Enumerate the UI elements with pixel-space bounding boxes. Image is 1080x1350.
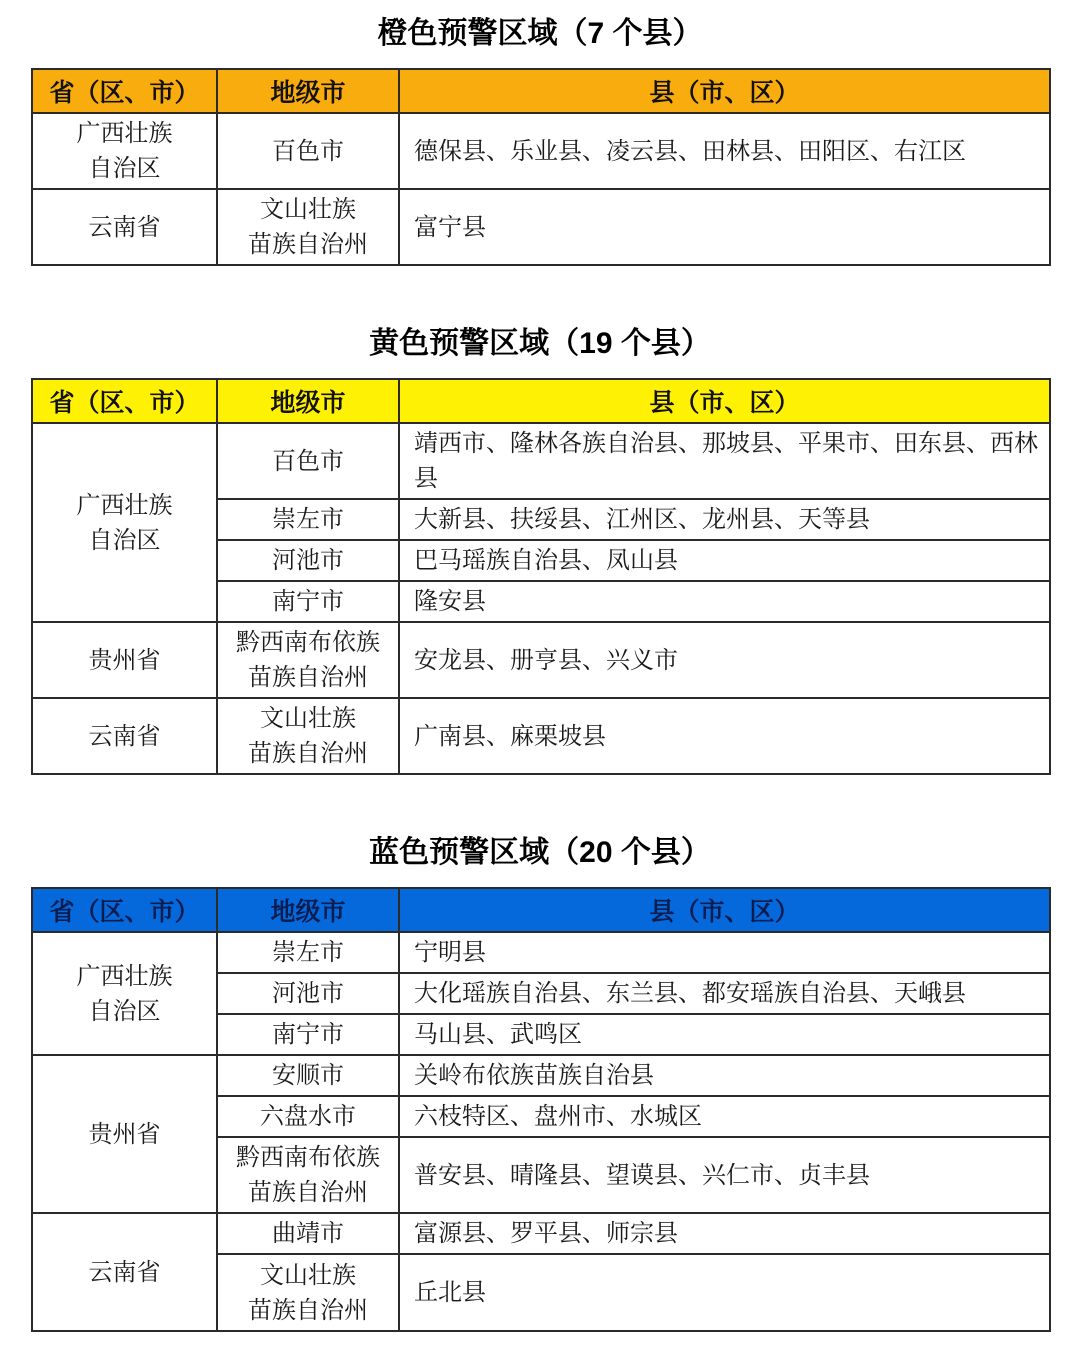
counties-cell: 大化瑶族自治县、东兰县、都安瑶族自治县、天峨县 [399, 973, 1050, 1014]
blue-warning-table: 省（区、市） 地级市 县（市、区） 广西壮族 自治区 崇左市 宁明县 河池市 大… [31, 887, 1051, 1332]
column-header-province: 省（区、市） [32, 379, 217, 423]
province-cell: 贵州省 [32, 1055, 217, 1213]
header-row: 省（区、市） 地级市 县（市、区） [32, 888, 1050, 932]
orange-warning-table: 省（区、市） 地级市 县（市、区） 广西壮族 自治区 百色市 德保县、乐业县、凌… [31, 68, 1051, 266]
blue-warning-section: 蓝色预警区域（20 个县） 省（区、市） 地级市 县（市、区） 广西壮族 自治区… [31, 833, 1049, 1332]
column-header-counties: 县（市、区） [399, 379, 1050, 423]
table-row: 贵州省 黔西南布依族 苗族自治州 安龙县、册亨县、兴义市 [32, 622, 1050, 698]
table-row: 广西壮族 自治区 百色市 德保县、乐业县、凌云县、田林县、田阳区、右江区 [32, 113, 1050, 189]
table-row: 广西壮族 自治区 百色市 靖西市、隆林各族自治县、那坡县、平果市、田东县、西林县 [32, 423, 1050, 499]
city-cell: 文山壮族 苗族自治州 [217, 189, 399, 265]
counties-cell: 隆安县 [399, 581, 1050, 622]
column-header-city: 地级市 [217, 888, 399, 932]
header-row: 省（区、市） 地级市 县（市、区） [32, 379, 1050, 423]
counties-cell: 丘北县 [399, 1254, 1050, 1331]
column-header-province: 省（区、市） [32, 69, 217, 113]
column-header-city: 地级市 [217, 379, 399, 423]
header-row: 省（区、市） 地级市 县（市、区） [32, 69, 1050, 113]
city-cell: 曲靖市 [217, 1213, 399, 1254]
city-cell: 安顺市 [217, 1055, 399, 1096]
city-cell: 南宁市 [217, 1014, 399, 1055]
counties-cell: 大新县、扶绥县、江州区、龙州县、天等县 [399, 499, 1050, 540]
counties-cell: 宁明县 [399, 932, 1050, 973]
yellow-table-title: 黄色预警区域（19 个县） [31, 324, 1049, 364]
province-cell: 广西壮族 自治区 [32, 423, 217, 622]
city-cell: 文山壮族 苗族自治州 [217, 1254, 399, 1331]
yellow-warning-table: 省（区、市） 地级市 县（市、区） 广西壮族 自治区 百色市 靖西市、隆林各族自… [31, 378, 1051, 775]
column-header-city: 地级市 [217, 69, 399, 113]
orange-table-title: 橙色预警区域（7 个县） [31, 14, 1049, 54]
city-cell: 崇左市 [217, 932, 399, 973]
table-row: 云南省 文山壮族 苗族自治州 富宁县 [32, 189, 1050, 265]
counties-cell: 靖西市、隆林各族自治县、那坡县、平果市、田东县、西林县 [399, 423, 1050, 499]
table-row: 云南省 文山壮族 苗族自治州 广南县、麻栗坡县 [32, 698, 1050, 774]
counties-cell: 富源县、罗平县、师宗县 [399, 1213, 1050, 1254]
orange-warning-section: 橙色预警区域（7 个县） 省（区、市） 地级市 县（市、区） 广西壮族 自治区 … [31, 14, 1049, 266]
counties-cell: 六枝特区、盘州市、水城区 [399, 1096, 1050, 1137]
city-cell: 黔西南布依族 苗族自治州 [217, 1137, 399, 1213]
city-cell: 六盘水市 [217, 1096, 399, 1137]
page: 橙色预警区域（7 个县） 省（区、市） 地级市 县（市、区） 广西壮族 自治区 … [0, 0, 1080, 1350]
counties-cell: 广南县、麻栗坡县 [399, 698, 1050, 774]
blue-table-title: 蓝色预警区域（20 个县） [31, 833, 1049, 873]
province-cell: 云南省 [32, 1213, 217, 1331]
province-cell: 云南省 [32, 189, 217, 265]
yellow-warning-section: 黄色预警区域（19 个县） 省（区、市） 地级市 县（市、区） 广西壮族 自治区… [31, 324, 1049, 775]
province-cell: 贵州省 [32, 622, 217, 698]
table-row: 贵州省 安顺市 关岭布依族苗族自治县 [32, 1055, 1050, 1096]
city-cell: 河池市 [217, 973, 399, 1014]
city-cell: 文山壮族 苗族自治州 [217, 698, 399, 774]
city-cell: 崇左市 [217, 499, 399, 540]
counties-cell: 德保县、乐业县、凌云县、田林县、田阳区、右江区 [399, 113, 1050, 189]
province-cell: 云南省 [32, 698, 217, 774]
city-cell: 百色市 [217, 113, 399, 189]
city-cell: 百色市 [217, 423, 399, 499]
city-cell: 南宁市 [217, 581, 399, 622]
counties-cell: 普安县、晴隆县、望谟县、兴仁市、贞丰县 [399, 1137, 1050, 1213]
column-header-province: 省（区、市） [32, 888, 217, 932]
city-cell: 黔西南布依族 苗族自治州 [217, 622, 399, 698]
column-header-counties: 县（市、区） [399, 69, 1050, 113]
table-row: 广西壮族 自治区 崇左市 宁明县 [32, 932, 1050, 973]
column-header-counties: 县（市、区） [399, 888, 1050, 932]
counties-cell: 马山县、武鸣区 [399, 1014, 1050, 1055]
counties-cell: 关岭布依族苗族自治县 [399, 1055, 1050, 1096]
province-cell: 广西壮族 自治区 [32, 932, 217, 1055]
city-cell: 河池市 [217, 540, 399, 581]
counties-cell: 安龙县、册亨县、兴义市 [399, 622, 1050, 698]
counties-cell: 富宁县 [399, 189, 1050, 265]
counties-cell: 巴马瑶族自治县、凤山县 [399, 540, 1050, 581]
table-row: 云南省 曲靖市 富源县、罗平县、师宗县 [32, 1213, 1050, 1254]
province-cell: 广西壮族 自治区 [32, 113, 217, 189]
